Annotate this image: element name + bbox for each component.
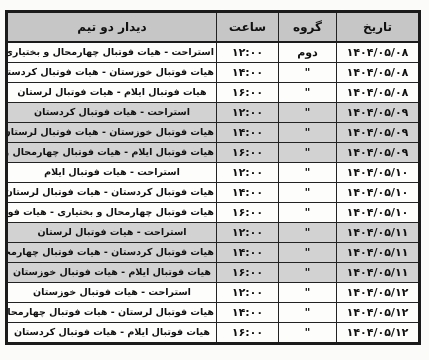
group-cell: " (279, 63, 337, 83)
time-cell: ۱۶:۰۰ (217, 203, 279, 223)
group-cell: " (279, 203, 337, 223)
time-cell: ۱۶:۰۰ (217, 83, 279, 103)
schedule-table: تاریخ گروه ساعت دیدار دو تیم ۱۴۰۴/۰۵/۰۸ … (5, 10, 421, 345)
table-row: ۱۴۰۴/۰۵/۱۱ " ۱۴:۰۰ هیات فوتبال کردستان -… (7, 243, 420, 263)
match-cell: هیات فوتبال ایلام - هیات فوتبال چهارمحال… (7, 143, 217, 163)
time-cell: ۱۲:۰۰ (217, 103, 279, 123)
group-cell: " (279, 243, 337, 263)
group-cell: " (279, 283, 337, 303)
time-cell: ۱۲:۰۰ (217, 283, 279, 303)
group-cell: " (279, 103, 337, 123)
time-column-header: ساعت (217, 12, 279, 43)
match-column-header: دیدار دو تیم (7, 12, 217, 43)
match-cell: هیات فوتبال کردستان - هیات فوتبال چهارمح… (7, 243, 217, 263)
table-row: ۱۴۰۴/۰۵/۱۰ " ۱۲:۰۰ استراحت - هیات فوتبال… (7, 163, 420, 183)
date-cell: ۱۴۰۴/۰۵/۰۸ (337, 83, 420, 103)
table-row: ۱۴۰۴/۰۵/۰۸ " ۱۴:۰۰ هیات فوتبال خوزستان -… (7, 63, 420, 83)
match-cell: هیات فوتبال کردستان - هیات فوتبال لرستان (7, 183, 217, 203)
table-row: ۱۴۰۴/۰۵/۰۸ " ۱۶:۰۰ هیات فوتبال ایلام - ه… (7, 83, 420, 103)
group-cell: " (279, 183, 337, 203)
group-cell: " (279, 223, 337, 243)
table-row: ۱۴۰۴/۰۵/۱۰ " ۱۶:۰۰ هیات فوتبال چهارمحال … (7, 203, 420, 223)
time-cell: ۱۴:۰۰ (217, 123, 279, 143)
time-cell: ۱۶:۰۰ (217, 323, 279, 344)
match-cell: هیات فوتبال چهارمحال و بختیاری - هیات فو… (7, 203, 217, 223)
scanned-schedule-page: تاریخ گروه ساعت دیدار دو تیم ۱۴۰۴/۰۵/۰۸ … (0, 0, 429, 360)
group-cell: " (279, 83, 337, 103)
match-cell: هیات فوتبال لرستان - هیات فوتبال چهارمحا… (7, 303, 217, 323)
date-cell: ۱۴۰۴/۰۵/۰۸ (337, 63, 420, 83)
table-row: ۱۴۰۴/۰۵/۱۲ " ۱۴:۰۰ هیات فوتبال لرستان - … (7, 303, 420, 323)
date-column-header: تاریخ (337, 12, 420, 43)
group-cell: " (279, 123, 337, 143)
date-cell: ۱۴۰۴/۰۵/۱۱ (337, 243, 420, 263)
group-cell: " (279, 263, 337, 283)
time-cell: ۱۴:۰۰ (217, 243, 279, 263)
match-cell: استراحت - هیات فوتبال ایلام (7, 163, 217, 183)
time-cell: ۱۲:۰۰ (217, 42, 279, 63)
time-cell: ۱۲:۰۰ (217, 223, 279, 243)
match-cell: هیات فوتبال ایلام - هیات فوتبال لرستان (7, 83, 217, 103)
date-cell: ۱۴۰۴/۰۵/۰۸ (337, 42, 420, 63)
match-cell: هیات فوتبال خوزستان - هیات فوتبال کردستا… (7, 63, 217, 83)
match-cell: استراحت - هیات فوتبال لرستان (7, 223, 217, 243)
group-cell: " (279, 303, 337, 323)
table-row: ۱۴۰۴/۰۵/۱۲ " ۱۶:۰۰ هیات فوتبال ایلام - ه… (7, 323, 420, 344)
match-cell: استراحت - هیات فوتبال چهارمحال و بختیاری (7, 42, 217, 63)
table-row: ۱۴۰۴/۰۵/۱۱ " ۱۲:۰۰ استراحت - هیات فوتبال… (7, 223, 420, 243)
time-cell: ۱۴:۰۰ (217, 183, 279, 203)
date-cell: ۱۴۰۴/۰۵/۱۲ (337, 303, 420, 323)
date-cell: ۱۴۰۴/۰۵/۱۲ (337, 323, 420, 344)
table-row: ۱۴۰۴/۰۵/۱۰ " ۱۴:۰۰ هیات فوتبال کردستان -… (7, 183, 420, 203)
group-column-header: گروه (279, 12, 337, 43)
match-cell: استراحت - هیات فوتبال کردستان (7, 103, 217, 123)
date-cell: ۱۴۰۴/۰۵/۱۰ (337, 203, 420, 223)
group-cell: دوم (279, 42, 337, 63)
match-cell: هیات فوتبال ایلام - هیات فوتبال خوزستان (7, 263, 217, 283)
group-cell: " (279, 143, 337, 163)
group-cell: " (279, 323, 337, 344)
date-cell: ۱۴۰۴/۰۵/۱۱ (337, 263, 420, 283)
date-cell: ۱۴۰۴/۰۵/۱۰ (337, 183, 420, 203)
table-row: ۱۴۰۴/۰۵/۰۹ " ۱۶:۰۰ هیات فوتبال ایلام - ه… (7, 143, 420, 163)
time-cell: ۱۴:۰۰ (217, 63, 279, 83)
date-cell: ۱۴۰۴/۰۵/۱۰ (337, 163, 420, 183)
table-row: ۱۴۰۴/۰۵/۱۲ " ۱۲:۰۰ استراحت - هیات فوتبال… (7, 283, 420, 303)
date-cell: ۱۴۰۴/۰۵/۱۱ (337, 223, 420, 243)
table-row: ۱۴۰۴/۰۵/۰۹ " ۱۲:۰۰ استراحت - هیات فوتبال… (7, 103, 420, 123)
match-cell: استراحت - هیات فوتبال خوزستان (7, 283, 217, 303)
date-cell: ۱۴۰۴/۰۵/۰۹ (337, 143, 420, 163)
date-cell: ۱۴۰۴/۰۵/۰۹ (337, 103, 420, 123)
time-cell: ۱۶:۰۰ (217, 143, 279, 163)
date-cell: ۱۴۰۴/۰۵/۰۹ (337, 123, 420, 143)
date-cell: ۱۴۰۴/۰۵/۱۲ (337, 283, 420, 303)
table-header-row: تاریخ گروه ساعت دیدار دو تیم (7, 12, 420, 43)
time-cell: ۱۶:۰۰ (217, 263, 279, 283)
time-cell: ۱۴:۰۰ (217, 303, 279, 323)
table-row: ۱۴۰۴/۰۵/۱۱ " ۱۶:۰۰ هیات فوتبال ایلام - ه… (7, 263, 420, 283)
match-cell: هیات فوتبال ایلام - هیات فوتبال کردستان (7, 323, 217, 344)
group-cell: " (279, 163, 337, 183)
time-cell: ۱۲:۰۰ (217, 163, 279, 183)
table-row: ۱۴۰۴/۰۵/۰۹ " ۱۴:۰۰ هیات فوتبال خوزستان -… (7, 123, 420, 143)
table-row: ۱۴۰۴/۰۵/۰۸ دوم ۱۲:۰۰ استراحت - هیات فوتب… (7, 42, 420, 63)
match-cell: هیات فوتبال خوزستان - هیات فوتبال لرستان (7, 123, 217, 143)
